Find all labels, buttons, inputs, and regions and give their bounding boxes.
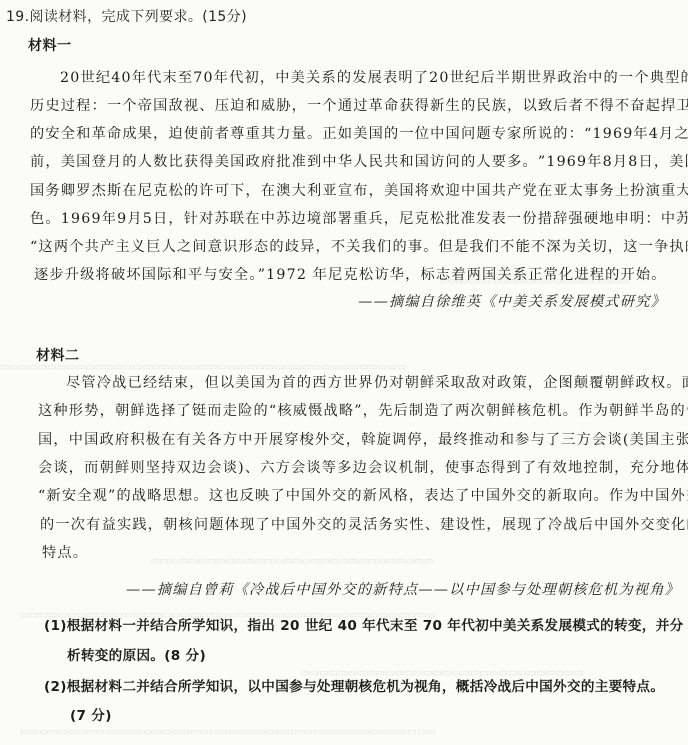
exam-page: ▭▭▭ ▭▭▭▭ ▭▭▭▭▭▭▭▭▭▭▭▭▭▭▭▭▭▭▭▭ ▭▭▭▭▭▭▭▭▭▭… <box>0 0 688 745</box>
sub-question-1: (1)根据材料一并结合所学知识，指出 20 世纪 40 年代末至 70 年代初中… <box>44 616 684 636</box>
material-1-line: 历史过程：一个帝国敌视、压迫和威胁，一个通过革命获得新生的民族，以致后者不得不奋… <box>30 96 666 116</box>
sub-question-2-continued: (7 分) <box>70 706 112 726</box>
sub-question-1-continued: 析转变的原因。(8 分) <box>67 646 206 666</box>
sub-question-2: (2)根据材料二并结合所学知识，以中国参与处理朝核危机为视角，概括冷战后中国外交… <box>44 677 664 697</box>
material-1-line: 色。1969年9月5日，针对苏联在中苏边境部署重兵，尼克松批准发表一份措辞强硬地… <box>30 209 666 229</box>
material-2-line: 特点。 <box>42 543 88 563</box>
material-1-line: 前，美国登月的人数比获得美国政府批准到中华人民共和国访问的人要多。”1969年8… <box>30 152 666 172</box>
material-2-heading: 材料二 <box>36 346 80 366</box>
question-number: 19. <box>6 9 29 25</box>
bleed-through-mark: ▭▭▭▭▭▭▭▭▭▭▭▭▭▭▭▭▭▭▭▭▭▭▭▭▭▭▭▭▭▭ <box>150 556 433 567</box>
bleed-through-mark: ▭▭▭▭▭▭▭▭▭▭▭▭▭▭▭▭▭▭▭▭▭▭▭▭▭▭▭▭▭▭▭▭▭▭▭▭▭▭▭▭… <box>20 727 436 738</box>
material-1-line: 20世纪40年代末至70年代初，中美关系的发展表明了20世纪后半期世界政治中的一… <box>60 68 666 88</box>
material-2-line: 的一次有益实践，朝核问题体现了中国外交的灵活务实性、建设性，展现了冷战后中国外交… <box>40 515 663 535</box>
material-1-line: 国务卿罗杰斯在尼克松的许可下，在澳大利亚宣布，美国将欢迎中国共产党在亚太事务上扮… <box>30 181 666 201</box>
material-2-line: 会谈，而朝鲜则坚持双边会谈)、六方会谈等多边会议机制，使事态得到了有效地控制，充… <box>38 458 663 478</box>
material-1-source: ——摘编自徐维英《中美关系发展模式研究》 <box>358 292 666 312</box>
material-2-line: 这种形势，朝鲜选择了铤而走险的“核威慑战略”，先后制造了两次朝鲜核危机。作为朝鲜… <box>38 401 663 421</box>
material-1-line: 逐步升级将破坏国际和平与安全。”1972 年尼克松访华，标志着两国关系正常化进程… <box>34 265 667 285</box>
material-1-line: 的安全和革命成果，迫使前者尊重其力量。正如美国的一位中国问题专家所说的：“196… <box>30 124 666 144</box>
material-2-source: ——摘编自曾莉《冷战后中国外交的新特点——以中国参与处理朝核危机为视角》 <box>126 580 680 600</box>
material-2-line: “新安全观”的战略思想。这也反映了中国外交的新风格，表达了中国外交的新取向。作为… <box>38 486 663 506</box>
material-2-line: 国，中国政府积极在有关各方中开展穿梭外交，斡旋调停，最终推动和参与了三方会谈(美… <box>38 430 663 450</box>
question-instruction: 阅读材料，完成下列要求。(15分) <box>29 9 247 25</box>
material-1-heading: 材料一 <box>28 36 72 56</box>
question-header: 19.阅读材料，完成下列要求。(15分) <box>6 7 247 27</box>
material-1-line: “这两个共产主义巨人之间意识形态的歧异，不关我们的事。但是我们不能不深为关切，这… <box>30 237 666 257</box>
material-2-line: 尽管冷战已经结束，但以美国为首的西方世界仍对朝鲜采取敌对政策，企图颠覆朝鲜政权。… <box>66 373 663 393</box>
